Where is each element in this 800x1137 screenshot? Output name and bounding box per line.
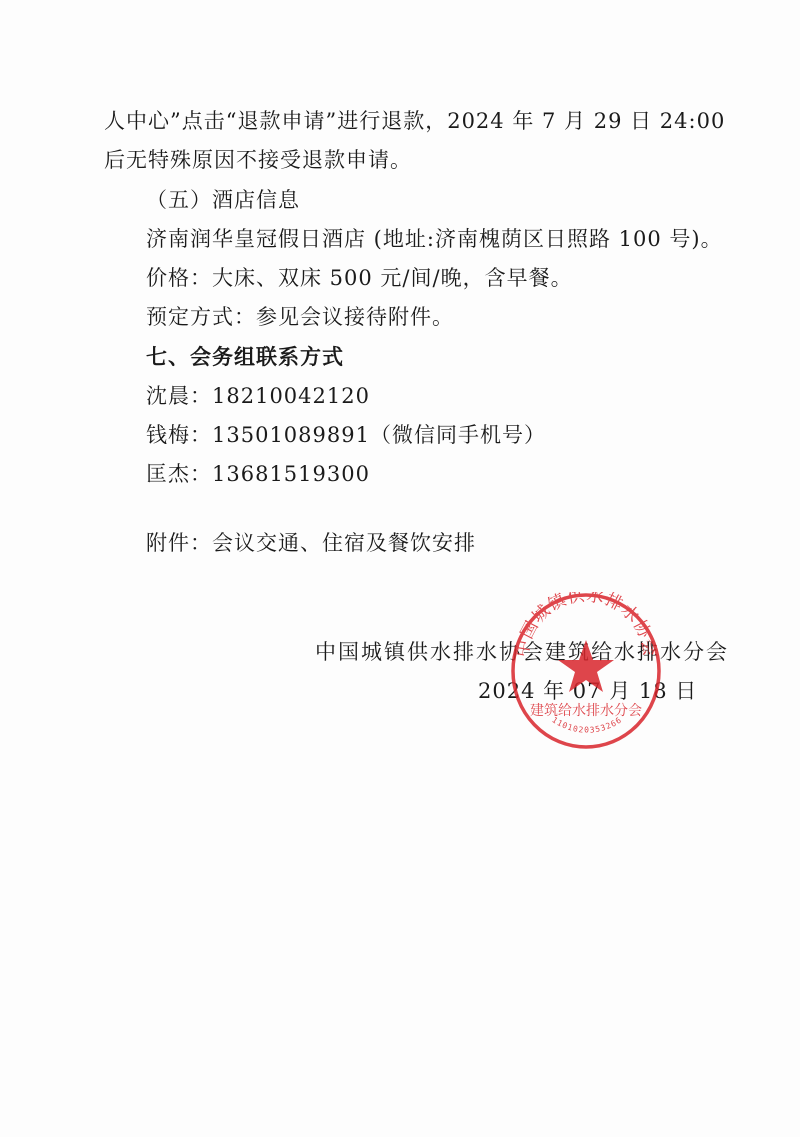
contact-section-heading: 七、会务组联系方式 [146,343,344,371]
hotel-booking-method: 预定方式：参见会议接待附件。 [146,303,454,331]
official-seal-icon: 中国城镇供水排水协会 建筑给水排水分会 1101020353266 [510,592,662,750]
hotel-name-address: 济南润华皇冠假日酒店 (地址:济南槐荫区日照路 100 号)。 [146,225,723,253]
refund-text-line-1: 人中心”点击“退款申请”进行退款，2024 年 7 月 29 日 24:00 [104,107,725,135]
hotel-section-heading: （五）酒店信息 [146,186,300,214]
attachment-note: 附件：会议交通、住宿及餐饮安排 [146,529,476,557]
hotel-price: 价格：大床、双床 500 元/间/晚，含早餐。 [146,264,573,292]
signature-organization: 中国城镇供水排水协会建筑给水排水分会 [315,638,729,666]
signature-date: 2024 年 07 月 18 日 [478,677,697,705]
contact-item: 沈晨：18210042120 [146,382,370,410]
refund-text-line-2: 后无特殊原因不接受退款申请。 [104,146,412,174]
contact-item: 匡杰：13681519300 [146,460,370,488]
svg-text:1101020353266: 1101020353266 [550,715,623,734]
contact-item: 钱梅：13501089891（微信同手机号） [146,421,546,449]
